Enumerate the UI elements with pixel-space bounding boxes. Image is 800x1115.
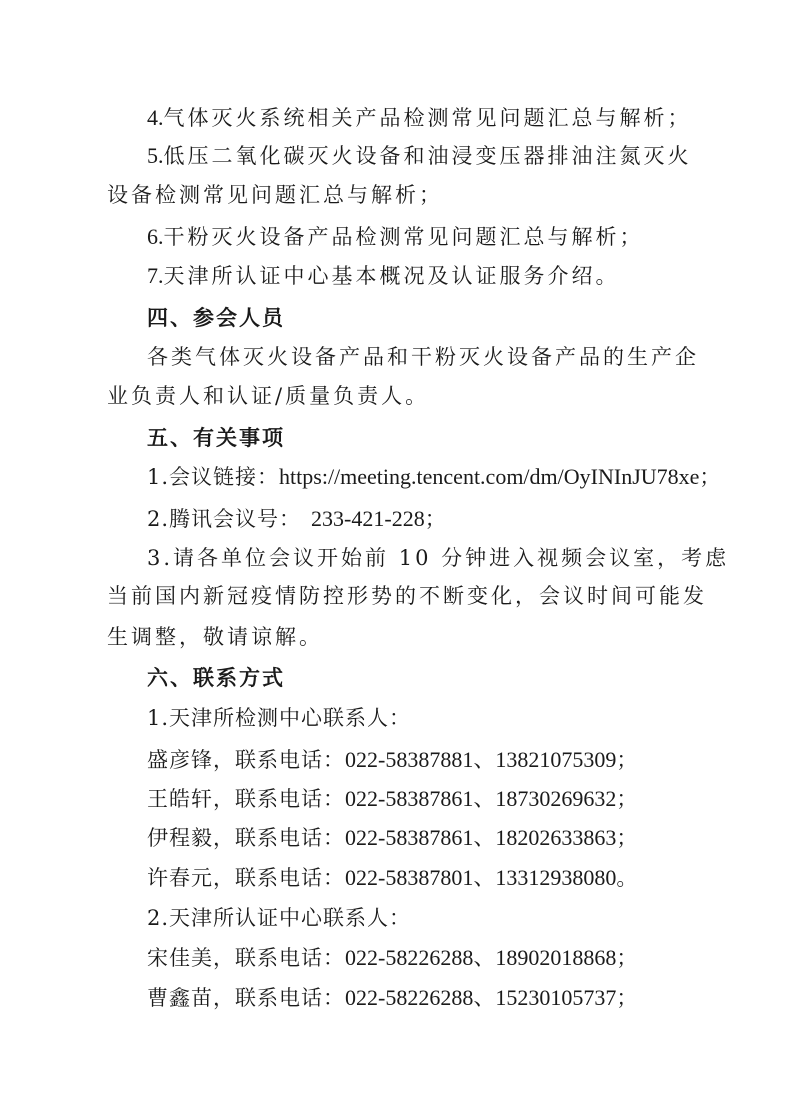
- phone-label: ，联系电话：: [213, 787, 345, 811]
- contact-row: 盛彦锋，联系电话：022-58387881、13821075309；: [147, 747, 638, 773]
- punctuation: ；: [616, 986, 638, 1010]
- punctuation: 。: [616, 866, 638, 890]
- contact-row: 王皓轩，联系电话：022-58387861、18730269632；: [147, 786, 638, 812]
- contact-row: 伊程毅，联系电话：022-58387861、18202633863；: [147, 825, 638, 851]
- contact-group-certification-title: 2.天津所认证中心联系人：: [147, 905, 411, 931]
- attendees-text-line1: 各类气体灭火设备产品和干粉灭火设备产品的生产企: [147, 344, 699, 370]
- punctuation: ；: [616, 787, 638, 811]
- item-text-continued: 设备检测常见问题汇总与解析；: [107, 183, 443, 207]
- agenda-item-5-continuation: 设备检测常见问题汇总与解析；: [107, 182, 443, 208]
- agenda-item-4: 4.气体灭火系统相关产品检测常见问题汇总与解析；: [147, 105, 692, 131]
- meeting-id-value: 233-421-228: [311, 506, 425, 531]
- notice-line1: 3.请各单位会议开始前 10 分钟进入视频会议室，考虑: [147, 545, 729, 571]
- item-number: 4.: [147, 105, 164, 130]
- phone-label: ，联系电话：: [213, 748, 345, 772]
- meeting-link-line: 1.会议链接：https://meeting.tencent.com/dm/Oy…: [147, 464, 721, 490]
- phone-label: ，联系电话：: [213, 866, 345, 890]
- item-number: 5.: [147, 143, 164, 168]
- contact-name: 宋佳美: [147, 946, 213, 970]
- agenda-item-6: 6.干粉灭火设备产品检测常见问题汇总与解析；: [147, 224, 644, 250]
- agenda-item-5: 5.低压二氧化碳灭火设备和油浸变压器排油注氮灭火: [147, 143, 692, 169]
- notice-line3: 生调整，敬请谅解。: [107, 624, 323, 650]
- item-text: 天津所认证中心基本概况及认证服务介绍。: [164, 264, 620, 288]
- contact-phones: 022-58387881、13821075309: [345, 747, 616, 772]
- contact-phones: 022-58387861、18730269632: [345, 786, 616, 811]
- punctuation: ；: [616, 748, 638, 772]
- item-number: 6.: [147, 224, 164, 249]
- contact-name: 伊程毅: [147, 826, 213, 850]
- phone-label: ，联系电话：: [213, 826, 345, 850]
- phone-label: ，联系电话：: [213, 986, 345, 1010]
- section-heading-matters: 五、有关事项: [147, 425, 285, 451]
- section-heading-contacts: 六、联系方式: [147, 665, 285, 691]
- punctuation: ；: [616, 826, 638, 850]
- attendees-text-line2: 业负责人和认证/质量负责人。: [107, 383, 429, 409]
- punctuation: ；: [425, 507, 447, 531]
- contact-phones: 022-58226288、15230105737: [345, 985, 616, 1010]
- meeting-link-label: 1.会议链接：: [147, 465, 279, 489]
- contact-name: 曹鑫苗: [147, 986, 213, 1010]
- contact-name: 盛彦锋: [147, 748, 213, 772]
- meeting-link[interactable]: https://meeting.tencent.com/dm/OyINInJU7…: [279, 464, 699, 489]
- punctuation: ；: [699, 465, 721, 489]
- item-text: 低压二氧化碳灭火设备和油浸变压器排油注氮灭火: [164, 144, 692, 168]
- meeting-id-line: 2.腾讯会议号：233-421-228；: [147, 506, 447, 532]
- punctuation: ；: [616, 946, 638, 970]
- contact-phones: 022-58387801、13312938080: [345, 865, 616, 890]
- section-heading-attendees: 四、参会人员: [147, 305, 285, 331]
- meeting-id-label: 2.腾讯会议号：: [147, 507, 301, 531]
- notice-line2: 当前国内新冠疫情防控形势的不断变化，会议时间可能发: [107, 583, 707, 609]
- item-text: 气体灭火系统相关产品检测常见问题汇总与解析；: [164, 106, 692, 130]
- agenda-item-7: 7.天津所认证中心基本概况及认证服务介绍。: [147, 263, 620, 289]
- contact-row: 许春元，联系电话：022-58387801、13312938080。: [147, 865, 638, 891]
- contact-phones: 022-58226288、18902018868: [345, 945, 616, 970]
- contact-name: 许春元: [147, 866, 213, 890]
- contact-phones: 022-58387861、18202633863: [345, 825, 616, 850]
- contact-row: 曹鑫苗，联系电话：022-58226288、15230105737；: [147, 985, 638, 1011]
- phone-label: ，联系电话：: [213, 946, 345, 970]
- contact-name: 王皓轩: [147, 787, 213, 811]
- item-number: 7.: [147, 263, 164, 288]
- contact-group-testing-title: 1.天津所检测中心联系人：: [147, 705, 411, 731]
- document-page: 4.气体灭火系统相关产品检测常见问题汇总与解析； 5.低压二氧化碳灭火设备和油浸…: [0, 0, 800, 1115]
- contact-row: 宋佳美，联系电话：022-58226288、18902018868；: [147, 945, 638, 971]
- item-text: 干粉灭火设备产品检测常见问题汇总与解析；: [164, 225, 644, 249]
